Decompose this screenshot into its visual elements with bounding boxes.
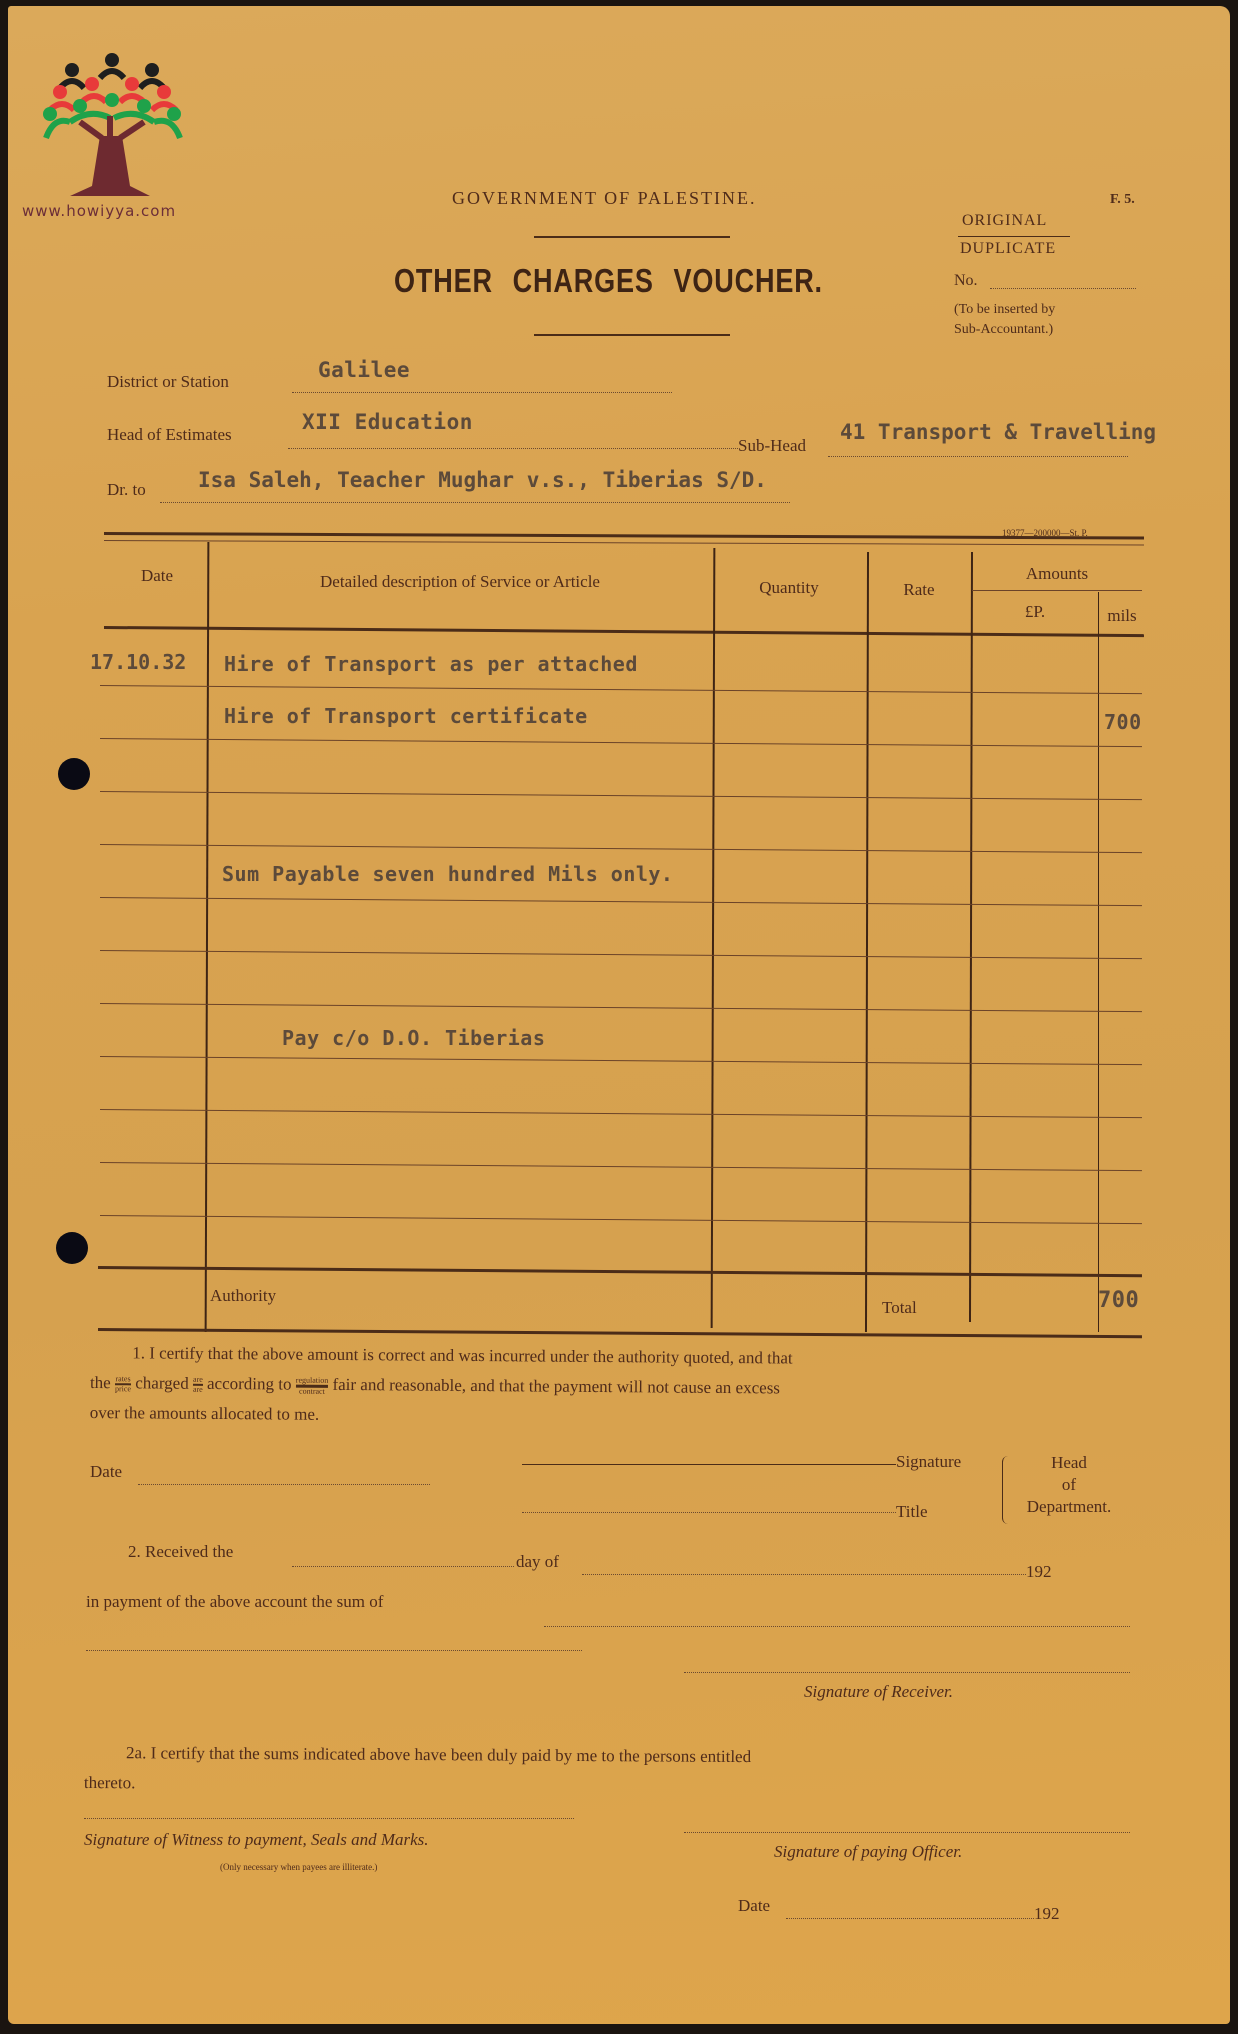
row-1-description: Hire of Transport as per attached bbox=[224, 652, 638, 676]
col-header-pounds: £P. bbox=[980, 602, 1090, 622]
certification-paragraph: 1. I certify that the above amount is co… bbox=[90, 1338, 1139, 1436]
divider bbox=[534, 236, 730, 238]
regulation-contract-fraction: regulationcontract bbox=[296, 1376, 329, 1395]
receiver-signature-label: Signature of Receiver. bbox=[804, 1682, 953, 1702]
head-of-estimates-label: Head of Estimates bbox=[107, 425, 232, 445]
row-2-description: Hire of Transport certificate bbox=[224, 704, 588, 728]
title-field[interactable] bbox=[522, 1512, 896, 1513]
received-day-field[interactable] bbox=[292, 1566, 514, 1567]
payment-year-prefix: 192 bbox=[1034, 1904, 1060, 1924]
dr-to-value[interactable]: Isa Saleh, Teacher Mughar v.s., Tiberias… bbox=[198, 468, 767, 492]
row-2-mils: 700 bbox=[1104, 710, 1142, 734]
district-value[interactable]: Galilee bbox=[318, 358, 410, 382]
page-title: OTHER CHARGES VOUCHER. bbox=[394, 262, 823, 300]
cert-date-label: Date bbox=[90, 1462, 122, 1482]
paying-officer-signature-field[interactable] bbox=[684, 1832, 1130, 1833]
col-header-description: Detailed description of Service or Artic… bbox=[210, 572, 710, 592]
howiyya-logo bbox=[40, 26, 190, 196]
col-header-quantity: Quantity bbox=[714, 578, 864, 598]
witness-note: (Only necessary when payees are illitera… bbox=[220, 1862, 377, 1872]
signature-label: Signature bbox=[896, 1452, 961, 1472]
voucher-number-label: No. bbox=[954, 272, 978, 290]
divider bbox=[958, 236, 1070, 237]
col-header-mils: mils bbox=[1100, 606, 1144, 626]
authority-label: Authority bbox=[210, 1286, 276, 1306]
watermark-url: www.howiyya.com bbox=[22, 202, 176, 220]
received-the-label: 2. Received the bbox=[128, 1542, 233, 1562]
payment-date-label: Date bbox=[738, 1896, 770, 1916]
received-month-field[interactable] bbox=[582, 1574, 1026, 1575]
col-header-rate: Rate bbox=[868, 580, 970, 600]
rates-price-fraction: ratesprice bbox=[115, 1375, 131, 1393]
brace bbox=[1002, 1456, 1010, 1524]
row-8-description: Pay c/o D.O. Tiberias bbox=[282, 1026, 545, 1050]
paying-officer-label: Signature of paying Officer. bbox=[774, 1842, 962, 1862]
witness-signature-label: Signature of Witness to payment, Seals a… bbox=[84, 1830, 429, 1850]
sub-head-value[interactable]: 41 Transport & Travelling bbox=[840, 420, 1156, 444]
in-payment-label: in payment of the above account the sum … bbox=[86, 1592, 383, 1612]
dr-to-label: Dr. to bbox=[107, 480, 146, 500]
col-divider-pounds bbox=[1098, 592, 1099, 1332]
total-mils: 700 bbox=[1098, 1288, 1139, 1313]
head-of-department-label: Head of Department. bbox=[1014, 1452, 1124, 1518]
col-header-date: Date bbox=[108, 566, 206, 586]
day-of-label: day of bbox=[516, 1552, 559, 1572]
sum-field[interactable] bbox=[544, 1626, 1130, 1627]
witness-signature-field[interactable] bbox=[84, 1818, 574, 1819]
payment-date-field[interactable] bbox=[786, 1918, 1034, 1919]
row-5-description: Sum Payable seven hundred Mils only. bbox=[222, 862, 673, 886]
col-header-amounts: Amounts bbox=[972, 564, 1142, 584]
district-label: District or Station bbox=[107, 372, 229, 392]
sub-head-line bbox=[828, 456, 1128, 457]
district-line bbox=[292, 392, 672, 393]
form-number: F. 5. bbox=[1110, 192, 1135, 208]
dr-to-line bbox=[160, 502, 790, 503]
cert-date-field[interactable] bbox=[138, 1484, 430, 1485]
tree-people-icon bbox=[40, 26, 190, 196]
total-label: Total bbox=[882, 1298, 917, 1318]
head-of-estimates-line bbox=[288, 448, 738, 449]
punch-hole bbox=[56, 1232, 88, 1264]
copy-original: ORIGINAL bbox=[962, 212, 1047, 230]
year-prefix: 192 bbox=[1026, 1562, 1052, 1582]
payment-certification-paragraph: 2a. I certify that the sums indicated ab… bbox=[84, 1738, 1130, 1804]
punch-hole bbox=[58, 758, 90, 790]
sub-head-label: Sub-Head bbox=[738, 436, 806, 456]
voucher-number-note: (To be inserted by Sub-Accountant.) bbox=[954, 300, 1055, 340]
copy-duplicate: DUPLICATE bbox=[960, 240, 1056, 258]
title-label: Title bbox=[896, 1502, 928, 1522]
sum-field-continued[interactable] bbox=[86, 1650, 582, 1651]
voucher-number-field[interactable] bbox=[990, 288, 1136, 289]
head-of-estimates-value[interactable]: XII Education bbox=[302, 410, 473, 434]
divider bbox=[534, 334, 730, 336]
is-are-fraction: areare bbox=[193, 1376, 203, 1394]
row-1-date: 17.10.32 bbox=[90, 650, 186, 674]
signature-field[interactable] bbox=[522, 1464, 896, 1465]
receiver-signature-field[interactable] bbox=[684, 1672, 1130, 1673]
government-title: GOVERNMENT OF PALESTINE. bbox=[452, 188, 757, 209]
amounts-subheader-line bbox=[972, 590, 1142, 591]
